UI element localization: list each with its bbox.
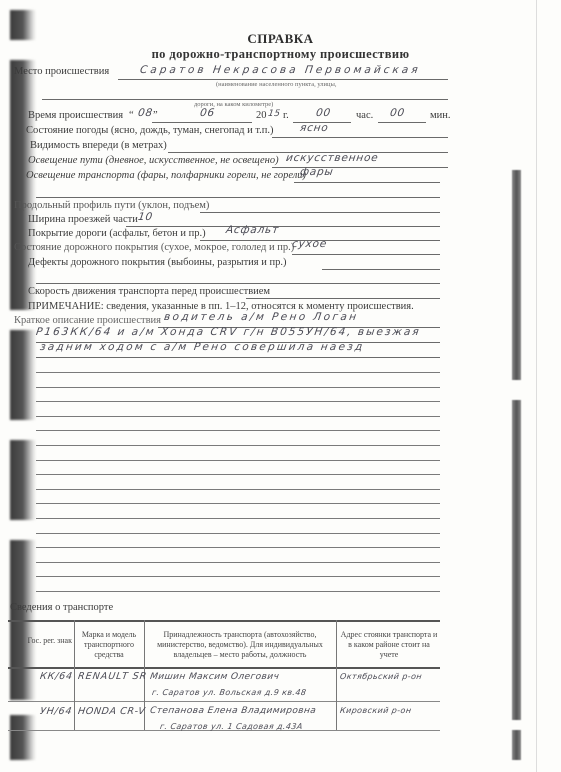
- time-label: Время происшествия: [28, 110, 123, 121]
- blank-ruled-line: [36, 576, 440, 577]
- scan-smudge: [10, 440, 36, 520]
- scan-smudge: [512, 730, 521, 760]
- blank-ruled-line: [36, 591, 440, 592]
- scan-smudge: [10, 330, 36, 420]
- scan-edge: [536, 0, 537, 772]
- row-2-owner: Степанова Елена Владимировна: [149, 706, 316, 716]
- column-header-parking: Адрес стоянки транспорта и в каком район…: [340, 630, 438, 660]
- scan-smudge: [10, 715, 36, 760]
- blank-ruled-line: [36, 460, 440, 461]
- blank-ruled-line: [36, 489, 440, 490]
- vehicle-lighting-label: Освещение транспорта (фары, полфарники г…: [26, 170, 306, 181]
- surface-state-line: [292, 254, 440, 255]
- weather-value: ясно: [299, 122, 329, 134]
- defects-label: Дефекты дорожного покрытия (выбоины, раз…: [28, 257, 287, 268]
- visibility-label: Видимость впереди (в метрах): [30, 140, 167, 151]
- blank-ruled-line: [36, 503, 440, 504]
- column-header-plate: Гос. рег. знак: [10, 636, 72, 646]
- row-1-parking: Октябрьский р-он: [339, 672, 422, 681]
- time-minute-unit: мин.: [430, 110, 451, 121]
- row-2-plate: УН/64: [39, 706, 73, 717]
- blank-ruled-line: [36, 474, 440, 475]
- place-line: [118, 79, 448, 80]
- road-profile-line: [200, 212, 440, 213]
- place-line-2: [42, 99, 448, 100]
- scan-smudge: [10, 60, 36, 310]
- time-minute-line: [378, 122, 426, 123]
- column-header-model: Марка и модель транспортного средства: [76, 630, 142, 660]
- time-close-quote: ”: [153, 110, 158, 121]
- table-col-divider: [74, 620, 75, 730]
- time-month-line: [152, 122, 252, 123]
- time-year-suffix: 15: [267, 109, 281, 119]
- time-year-prefix: 20: [256, 110, 267, 121]
- surface-state-value: сухое: [291, 238, 328, 250]
- road-width-label: Ширина проезжей части: [28, 214, 138, 225]
- transport-section-title: Сведения о транспорте: [10, 602, 113, 613]
- place-value: Саратов Некрасова Первомайская: [139, 64, 421, 76]
- blank-ruled-line: [36, 387, 440, 388]
- time-year-unit: г.: [283, 110, 289, 121]
- scan-smudge: [512, 400, 521, 720]
- road-width-value: 10: [137, 211, 154, 223]
- surface-state-label: Состояние дорожного покрытия (сухое, мок…: [14, 242, 294, 253]
- vehicle-lighting-line-2: [36, 197, 440, 198]
- blank-ruled-line: [36, 401, 440, 402]
- defects-line: [322, 269, 440, 270]
- time-open-quote: “: [129, 110, 134, 121]
- row-1-owner-address: г. Саратов ул. Вольская д.9 кв.48: [151, 688, 307, 697]
- accident-report-page: СПРАВКА по дорожно-транспортному происше…: [0, 0, 561, 772]
- description-line-1-text: водитель а/м Рено Логан: [163, 311, 359, 323]
- table-row-divider: [8, 701, 440, 702]
- time-hour-unit: час.: [356, 110, 373, 121]
- time-month: 06: [199, 107, 216, 119]
- blank-ruled-line: [36, 533, 440, 534]
- document-title: СПРАВКА: [0, 31, 561, 47]
- road-lighting-line: [272, 167, 448, 168]
- blank-ruled-line: [36, 372, 440, 373]
- description-line-3: [36, 357, 440, 358]
- place-label: Место происшествия: [14, 66, 109, 77]
- scan-smudge: [512, 170, 521, 380]
- speed-label: Скорость движения транспорта перед проис…: [28, 286, 270, 297]
- description-label: Краткое описание происшествия: [14, 315, 161, 326]
- time-day: 08: [137, 107, 154, 119]
- time-hour: 00: [315, 107, 332, 119]
- speed-line: [246, 298, 440, 299]
- vehicle-lighting-value: фары: [299, 166, 334, 178]
- table-col-divider: [336, 620, 337, 730]
- description-line-3-text: задним ходом с а/м Рено совершила наезд: [39, 341, 365, 353]
- row-1-model: RENAULT SR: [77, 671, 148, 682]
- vehicle-lighting-line: [294, 182, 440, 183]
- blank-ruled-line: [36, 547, 440, 548]
- blank-ruled-line: [36, 416, 440, 417]
- place-hint-1: (наименование населенного пункта, улицы,: [216, 81, 337, 88]
- row-2-owner-address: г. Саратов ул. 1 Садовая д.43А: [159, 722, 303, 731]
- column-header-owner: Принадлежность транспорта (автохозяйство…: [150, 630, 330, 660]
- table-header-bottom: [8, 667, 440, 669]
- blank-ruled-line: [36, 445, 440, 446]
- road-lighting-label: Освещение пути (дневное, искусственное, …: [28, 155, 279, 166]
- description-line-2-text: Р163КК/64 и а/м Хонда CRV г/н В055УН/64,…: [35, 326, 421, 338]
- road-profile-label: Продольный профиль пути (уклон, подъем): [14, 200, 209, 211]
- row-1-plate: КК/64: [39, 671, 73, 682]
- blank-ruled-line: [36, 430, 440, 431]
- weather-line: [272, 137, 448, 138]
- table-top-border: [8, 620, 440, 622]
- weather-label: Состояние погоды (ясно, дождь, туман, сн…: [26, 125, 274, 136]
- road-surface-label: Покрытие дороги (асфальт, бетон и пр.): [28, 228, 206, 239]
- road-lighting-value: искусственное: [285, 152, 379, 164]
- blank-ruled-line: [36, 518, 440, 519]
- document-subtitle: по дорожно-транспортному происшествию: [0, 47, 561, 62]
- time-minute: 00: [389, 107, 406, 119]
- blank-ruled-line: [36, 562, 440, 563]
- road-width-line: [126, 226, 440, 227]
- row-2-parking: Кировский р-он: [339, 706, 412, 715]
- row-2-model: HONDA CR-V: [77, 706, 146, 717]
- defects-line-2: [36, 283, 440, 284]
- road-surface-value: Асфальт: [225, 224, 280, 236]
- row-1-owner: Мишин Максим Олегович: [149, 672, 279, 682]
